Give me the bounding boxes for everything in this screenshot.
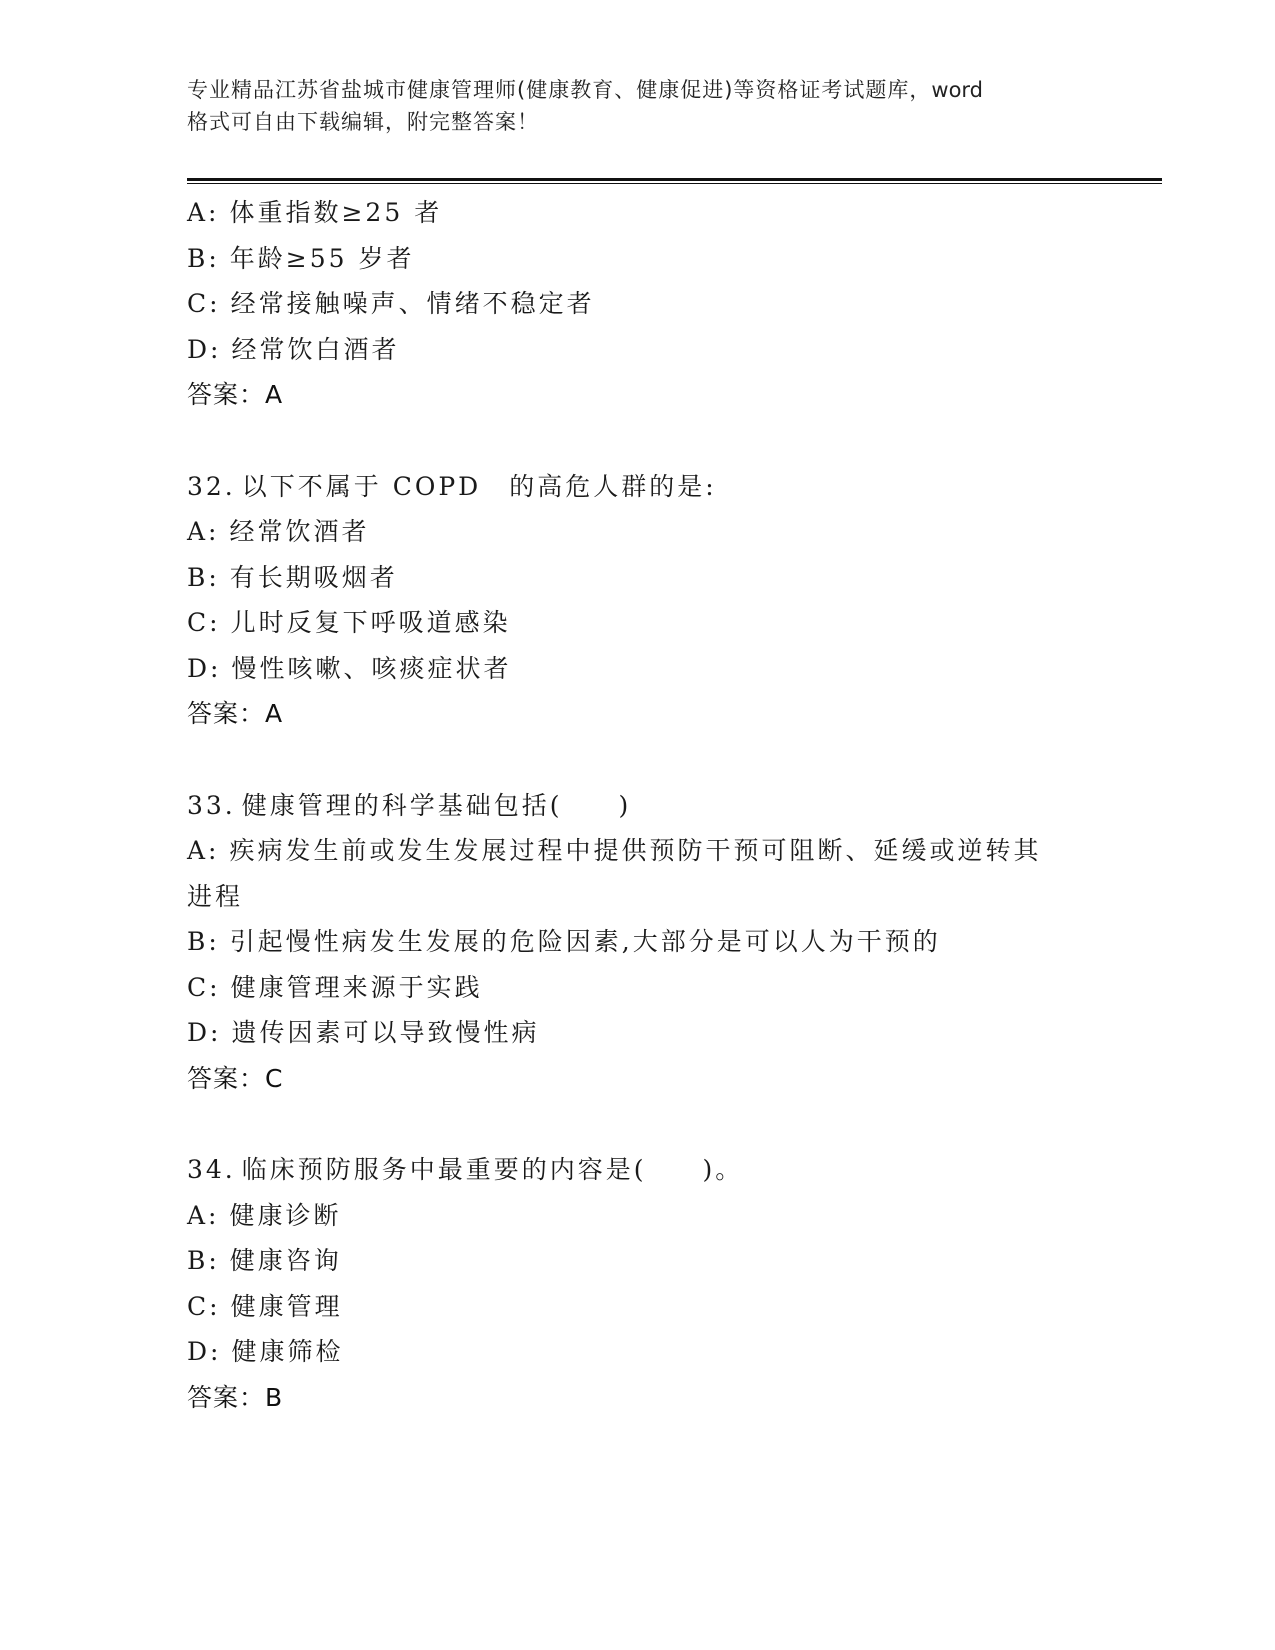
answer: 答案：A — [187, 691, 1162, 737]
question-33: 33.健康管理的科学基础包括( ) A:疾病发生前或发生发展过程中提供预防干预可… — [187, 783, 1162, 1102]
option-a: A:健康诊断 — [187, 1193, 1162, 1239]
option-d: D:经常饮白酒者 — [187, 327, 1162, 373]
question-stem: 33.健康管理的科学基础包括( ) — [187, 783, 1162, 829]
option-b: B:年龄≥55 岁者 — [187, 236, 1162, 282]
option-b: B:引起慢性病发生发展的危险因素,大部分是可以人为干预的 — [187, 919, 1162, 965]
option-a: A:经常饮酒者 — [187, 509, 1162, 555]
option-b: B:有长期吸烟者 — [187, 555, 1162, 601]
option-c: C:健康管理 — [187, 1284, 1162, 1330]
spacer — [187, 1101, 1162, 1147]
spacer — [187, 737, 1162, 783]
question-32: 32.以下不属于 COPD 的高危人群的是: A:经常饮酒者 B:有长期吸烟者 … — [187, 464, 1162, 737]
question-stem: 32.以下不属于 COPD 的高危人群的是: — [187, 464, 1162, 510]
spacer — [187, 418, 1162, 464]
option-a: A:疾病发生前或发生发展过程中提供预防干预可阻断、延缓或逆转其 — [187, 828, 1162, 874]
option-c: C:健康管理来源于实践 — [187, 965, 1162, 1011]
header-line-2: 格式可自由下载编辑，附完整答案！ — [187, 106, 1087, 138]
option-c: C:经常接触噪声、情绪不稳定者 — [187, 281, 1162, 327]
question-list: A:体重指数≥25 者 B:年龄≥55 岁者 C:经常接触噪声、情绪不稳定者 D… — [187, 190, 1162, 1420]
question-34: 34.临床预防服务中最重要的内容是( )。 A:健康诊断 B:健康咨询 C:健康… — [187, 1147, 1162, 1420]
answer: 答案：C — [187, 1056, 1162, 1102]
header-line-1: 专业精品江苏省盐城市健康管理师(健康教育、健康促进)等资格证考试题库，word — [187, 74, 1087, 106]
option-d: D:慢性咳嗽、咳痰症状者 — [187, 646, 1162, 692]
option-a: A:体重指数≥25 者 — [187, 190, 1162, 236]
header-text: 专业精品江苏省盐城市健康管理师(健康教育、健康促进)等资格证考试题库， — [187, 78, 931, 102]
option-b: B:健康咨询 — [187, 1238, 1162, 1284]
document-header: 专业精品江苏省盐城市健康管理师(健康教育、健康促进)等资格证考试题库，word … — [187, 74, 1087, 138]
question-stem: 34.临床预防服务中最重要的内容是( )。 — [187, 1147, 1162, 1193]
header-word: word — [931, 78, 983, 102]
header-double-rule — [187, 178, 1162, 184]
answer: 答案：B — [187, 1375, 1162, 1421]
option-d: D:健康筛检 — [187, 1329, 1162, 1375]
option-c: C:儿时反复下呼吸道感染 — [187, 600, 1162, 646]
answer: 答案：A — [187, 372, 1162, 418]
question-31: A:体重指数≥25 者 B:年龄≥55 岁者 C:经常接触噪声、情绪不稳定者 D… — [187, 190, 1162, 418]
option-d: D:遗传因素可以导致慢性病 — [187, 1010, 1162, 1056]
option-a-continued: 进程 — [187, 874, 1162, 920]
